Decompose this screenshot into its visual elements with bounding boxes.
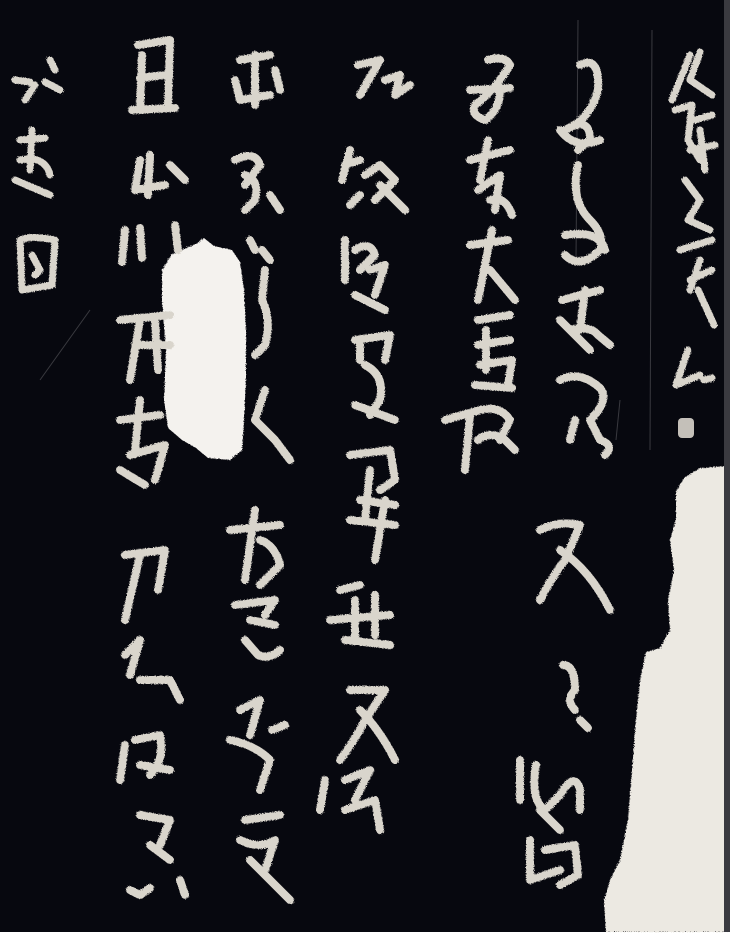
light-spot (678, 418, 694, 438)
border-line (724, 0, 730, 932)
calligraphy-rubbing (0, 0, 740, 940)
speckle-texture (0, 0, 728, 932)
paper-hole (162, 238, 246, 460)
